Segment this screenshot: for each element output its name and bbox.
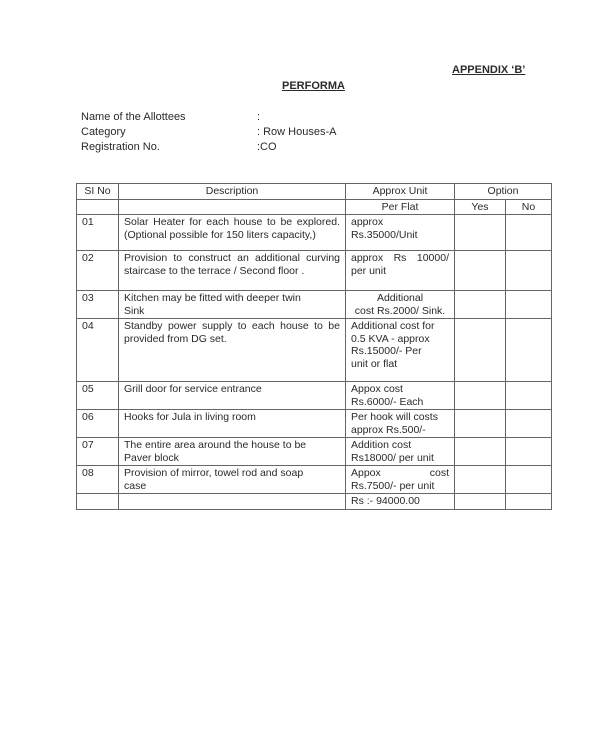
row-description: Solar Heater for each house to be explor… bbox=[119, 215, 346, 251]
header-no: No bbox=[506, 199, 552, 215]
appendix-label: APPENDIX ‘B’ bbox=[452, 64, 525, 76]
row-cost: AppoxcostRs.7500/- per unit bbox=[346, 466, 455, 494]
row-option-yes bbox=[455, 251, 506, 291]
row-option-no bbox=[506, 438, 552, 466]
allottee-details: Name of the Allottees : Category : Row H… bbox=[81, 110, 336, 155]
row-option-yes bbox=[455, 466, 506, 494]
row-cost: Addition cost Rs18000/ per unit bbox=[346, 438, 455, 466]
table-row: 06Hooks for Jula in living roomPer hook … bbox=[77, 410, 552, 438]
meta-row-name: Name of the Allottees : bbox=[81, 110, 336, 125]
row-sl-no: 04 bbox=[77, 319, 119, 382]
document-title: PERFORMA bbox=[282, 80, 345, 92]
row-description: Provision of mirror, towel rod and soap … bbox=[119, 466, 346, 494]
row-cost: Appox cost Rs.6000/- Each bbox=[346, 382, 455, 410]
allottee-name-value: : bbox=[257, 110, 260, 125]
row-option-no bbox=[506, 410, 552, 438]
total-no bbox=[506, 494, 552, 510]
table-row: 03Kitchen may be fitted with deeper twin… bbox=[77, 291, 552, 319]
row-option-yes bbox=[455, 410, 506, 438]
meta-row-registration: Registration No. :CO bbox=[81, 140, 336, 155]
table-row: 05Grill door for service entranceAppox c… bbox=[77, 382, 552, 410]
total-yes bbox=[455, 494, 506, 510]
row-option-no bbox=[506, 466, 552, 494]
category-value: : Row Houses-A bbox=[257, 125, 336, 140]
cost-word-2: cost bbox=[430, 467, 449, 480]
row-cost: approx Rs 10000/ per unit bbox=[346, 251, 455, 291]
total-cost: Rs :- 94000.00 bbox=[346, 494, 455, 510]
row-description: Standby power supply to each house to be… bbox=[119, 319, 346, 382]
options-table: SI No Description Approx Unit Option Per… bbox=[76, 183, 552, 510]
row-option-no bbox=[506, 251, 552, 291]
row-option-no bbox=[506, 319, 552, 382]
header-per-flat: Per Flat bbox=[346, 199, 455, 215]
meta-label: Category bbox=[81, 125, 257, 140]
row-cost: Per hook will costs approx Rs.500/- bbox=[346, 410, 455, 438]
row-cost: approx Rs.35000/Unit bbox=[346, 215, 455, 251]
header-description: Description bbox=[119, 184, 346, 200]
row-description: Kitchen may be fitted with deeper twin S… bbox=[119, 291, 346, 319]
header-empty bbox=[119, 199, 346, 215]
row-option-no bbox=[506, 382, 552, 410]
row-option-yes bbox=[455, 319, 506, 382]
meta-label: Name of the Allottees bbox=[81, 110, 257, 125]
row-description: Grill door for service entrance bbox=[119, 382, 346, 410]
cost-line-1: Appoxcost bbox=[351, 467, 449, 480]
row-option-yes bbox=[455, 291, 506, 319]
total-empty bbox=[119, 494, 346, 510]
table-row: 07The entire area around the house to be… bbox=[77, 438, 552, 466]
meta-label: Registration No. bbox=[81, 140, 257, 155]
row-description: Provision to construct an additional cur… bbox=[119, 251, 346, 291]
table-row: 04Standby power supply to each house to … bbox=[77, 319, 552, 382]
header-yes: Yes bbox=[455, 199, 506, 215]
row-sl-no: 03 bbox=[77, 291, 119, 319]
table-header-row: SI No Description Approx Unit Option bbox=[77, 184, 552, 200]
table-subheader-row: Per Flat Yes No bbox=[77, 199, 552, 215]
table-row: 02Provision to construct an additional c… bbox=[77, 251, 552, 291]
header-empty bbox=[77, 199, 119, 215]
row-cost: Additional cost Rs.2000/ Sink. bbox=[346, 291, 455, 319]
registration-value: :CO bbox=[257, 140, 277, 155]
row-description: Hooks for Jula in living room bbox=[119, 410, 346, 438]
row-option-yes bbox=[455, 215, 506, 251]
cost-line-2: Rs.7500/- per unit bbox=[351, 480, 449, 493]
row-sl-no: 05 bbox=[77, 382, 119, 410]
row-sl-no: 02 bbox=[77, 251, 119, 291]
table-row: 01Solar Heater for each house to be expl… bbox=[77, 215, 552, 251]
row-sl-no: 06 bbox=[77, 410, 119, 438]
header-approx-unit: Approx Unit bbox=[346, 184, 455, 200]
table-row: 08Provision of mirror, towel rod and soa… bbox=[77, 466, 552, 494]
row-option-yes bbox=[455, 438, 506, 466]
row-sl-no: 08 bbox=[77, 466, 119, 494]
table-total-row: Rs :- 94000.00 bbox=[77, 494, 552, 510]
row-option-yes bbox=[455, 382, 506, 410]
row-cost: Additional cost for 0.5 KVA - approx Rs.… bbox=[346, 319, 455, 382]
row-option-no bbox=[506, 291, 552, 319]
row-description: The entire area around the house to be P… bbox=[119, 438, 346, 466]
row-sl-no: 01 bbox=[77, 215, 119, 251]
meta-row-category: Category : Row Houses-A bbox=[81, 125, 336, 140]
header-sl-no: SI No bbox=[77, 184, 119, 200]
cost-word-1: Appox bbox=[351, 467, 381, 480]
row-option-no bbox=[506, 215, 552, 251]
header-option: Option bbox=[455, 184, 552, 200]
total-empty bbox=[77, 494, 119, 510]
row-sl-no: 07 bbox=[77, 438, 119, 466]
